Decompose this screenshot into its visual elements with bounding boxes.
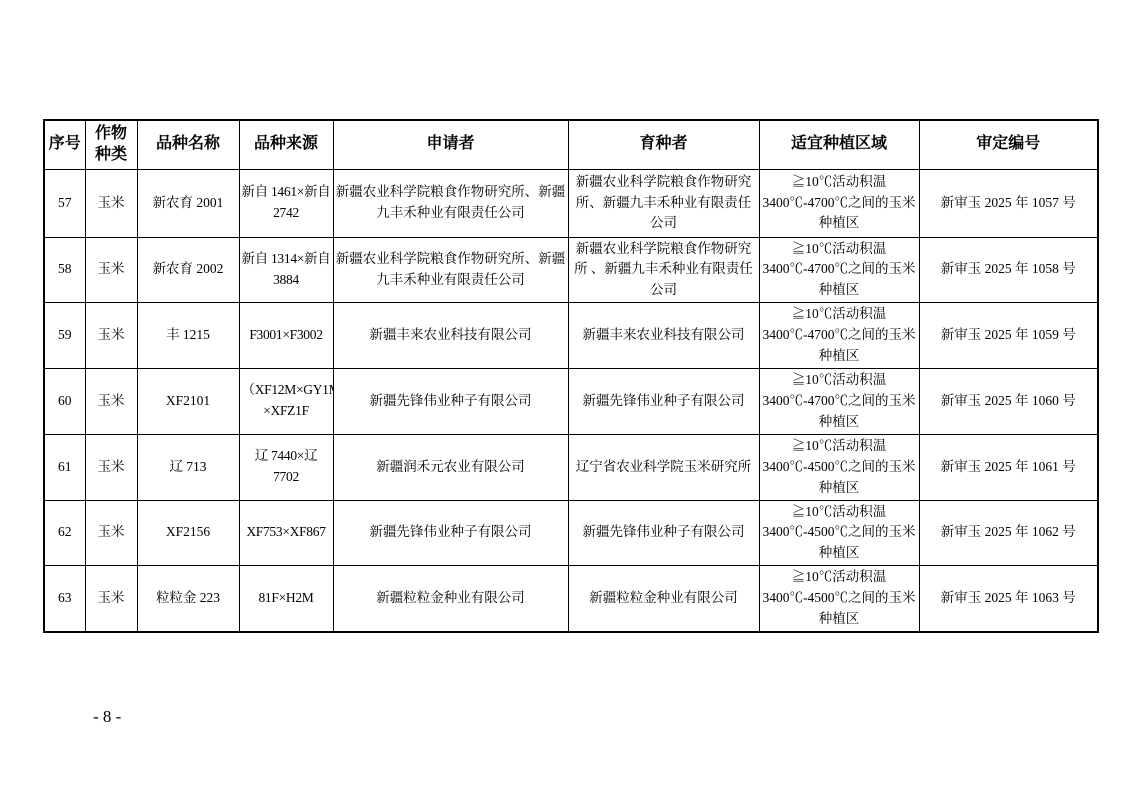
cell-crop: 玉米 bbox=[85, 237, 137, 303]
cell-applicant: 新疆丰来农业科技有限公司 bbox=[333, 303, 568, 369]
cell-variety-source: 81F×H2M bbox=[239, 566, 333, 632]
cell-applicant: 新疆粒粒金种业有限公司 bbox=[333, 566, 568, 632]
cell-variety-source: XF753×XF867 bbox=[239, 500, 333, 566]
cell-approval-number: 新审玉 2025 年 1058 号 bbox=[919, 237, 1098, 303]
cell-region: ≧10℃活动积温 3400℃-4700℃之间的玉米种植区 bbox=[759, 303, 919, 369]
table-row: 60 玉米 XF2101 （XF12M×GY1M）×XFZ1F 新疆先锋伟业种子… bbox=[44, 369, 1098, 435]
cell-approval-number: 新审玉 2025 年 1062 号 bbox=[919, 500, 1098, 566]
cell-seq: 59 bbox=[44, 303, 85, 369]
variety-approval-table: 序号 作物 种类 品种名称 品种来源 申请者 育种者 适宜种植区域 审定编号 5… bbox=[43, 119, 1099, 633]
cell-variety-name: 丰 1215 bbox=[137, 303, 239, 369]
cell-applicant: 新疆农业科学院粮食作物研究所、新疆九丰禾种业有限责任公司 bbox=[333, 237, 568, 303]
col-header-seq: 序号 bbox=[44, 120, 85, 169]
cell-seq: 61 bbox=[44, 434, 85, 500]
cell-crop: 玉米 bbox=[85, 169, 137, 237]
cell-variety-source: 新自 1461×新自 2742 bbox=[239, 169, 333, 237]
cell-region: ≧10℃活动积温 3400℃-4500℃之间的玉米种植区 bbox=[759, 566, 919, 632]
table-row: 62 玉米 XF2156 XF753×XF867 新疆先锋伟业种子有限公司 新疆… bbox=[44, 500, 1098, 566]
col-header-variety-source: 品种来源 bbox=[239, 120, 333, 169]
cell-seq: 57 bbox=[44, 169, 85, 237]
cell-variety-name: 辽 713 bbox=[137, 434, 239, 500]
cell-applicant: 新疆润禾元农业有限公司 bbox=[333, 434, 568, 500]
col-header-applicant: 申请者 bbox=[333, 120, 568, 169]
cell-region: ≧10℃活动积温 3400℃-4700℃之间的玉米种植区 bbox=[759, 169, 919, 237]
cell-seq: 62 bbox=[44, 500, 85, 566]
cell-seq: 60 bbox=[44, 369, 85, 435]
col-header-crop-type: 作物 种类 bbox=[85, 120, 137, 169]
cell-approval-number: 新审玉 2025 年 1060 号 bbox=[919, 369, 1098, 435]
cell-variety-name: XF2101 bbox=[137, 369, 239, 435]
cell-crop: 玉米 bbox=[85, 500, 137, 566]
cell-breeder: 辽宁省农业科学院玉米研究所 bbox=[568, 434, 759, 500]
table-header-row: 序号 作物 种类 品种名称 品种来源 申请者 育种者 适宜种植区域 审定编号 bbox=[44, 120, 1098, 169]
col-header-breeder: 育种者 bbox=[568, 120, 759, 169]
table-row: 63 玉米 粒粒金 223 81F×H2M 新疆粒粒金种业有限公司 新疆粒粒金种… bbox=[44, 566, 1098, 632]
cell-region: ≧10℃活动积温 3400℃-4500℃之间的玉米种植区 bbox=[759, 500, 919, 566]
cell-variety-source: （XF12M×GY1M）×XFZ1F bbox=[239, 369, 333, 435]
cell-variety-name: 新农育 2002 bbox=[137, 237, 239, 303]
cell-variety-source: 新自 1314×新自 3884 bbox=[239, 237, 333, 303]
table-row: 57 玉米 新农育 2001 新自 1461×新自 2742 新疆农业科学院粮食… bbox=[44, 169, 1098, 237]
cell-variety-name: 新农育 2001 bbox=[137, 169, 239, 237]
cell-breeder: 新疆农业科学院粮食作物研究所、新疆九丰禾种业有限责任公司 bbox=[568, 169, 759, 237]
cell-variety-name: XF2156 bbox=[137, 500, 239, 566]
cell-crop: 玉米 bbox=[85, 303, 137, 369]
col-header-suitable-region: 适宜种植区域 bbox=[759, 120, 919, 169]
document-page: 序号 作物 种类 品种名称 品种来源 申请者 育种者 适宜种植区域 审定编号 5… bbox=[0, 0, 1122, 793]
cell-breeder: 新疆农业科学院粮食作物研究所 、新疆九丰禾种业有限责任公司 bbox=[568, 237, 759, 303]
table-row: 58 玉米 新农育 2002 新自 1314×新自 3884 新疆农业科学院粮食… bbox=[44, 237, 1098, 303]
cell-breeder: 新疆先锋伟业种子有限公司 bbox=[568, 369, 759, 435]
cell-approval-number: 新审玉 2025 年 1057 号 bbox=[919, 169, 1098, 237]
table-row: 59 玉米 丰 1215 F3001×F3002 新疆丰来农业科技有限公司 新疆… bbox=[44, 303, 1098, 369]
cell-seq: 58 bbox=[44, 237, 85, 303]
cell-crop: 玉米 bbox=[85, 566, 137, 632]
cell-applicant: 新疆农业科学院粮食作物研究所、新疆九丰禾种业有限责任公司 bbox=[333, 169, 568, 237]
cell-seq: 63 bbox=[44, 566, 85, 632]
cell-crop: 玉米 bbox=[85, 369, 137, 435]
cell-approval-number: 新审玉 2025 年 1063 号 bbox=[919, 566, 1098, 632]
cell-variety-source: F3001×F3002 bbox=[239, 303, 333, 369]
col-header-variety-name: 品种名称 bbox=[137, 120, 239, 169]
cell-variety-source: 辽 7440×辽 7702 bbox=[239, 434, 333, 500]
cell-region: ≧10℃活动积温 3400℃-4700℃之间的玉米种植区 bbox=[759, 237, 919, 303]
cell-applicant: 新疆先锋伟业种子有限公司 bbox=[333, 500, 568, 566]
table-row: 61 玉米 辽 713 辽 7440×辽 7702 新疆润禾元农业有限公司 辽宁… bbox=[44, 434, 1098, 500]
cell-approval-number: 新审玉 2025 年 1059 号 bbox=[919, 303, 1098, 369]
cell-breeder: 新疆先锋伟业种子有限公司 bbox=[568, 500, 759, 566]
cell-breeder: 新疆丰来农业科技有限公司 bbox=[568, 303, 759, 369]
page-number: - 8 - bbox=[93, 707, 121, 727]
cell-crop: 玉米 bbox=[85, 434, 137, 500]
cell-approval-number: 新审玉 2025 年 1061 号 bbox=[919, 434, 1098, 500]
cell-variety-name: 粒粒金 223 bbox=[137, 566, 239, 632]
cell-region: ≧10℃活动积温 3400℃-4700℃之间的玉米种植区 bbox=[759, 369, 919, 435]
cell-applicant: 新疆先锋伟业种子有限公司 bbox=[333, 369, 568, 435]
cell-breeder: 新疆粒粒金种业有限公司 bbox=[568, 566, 759, 632]
col-header-approval-number: 审定编号 bbox=[919, 120, 1098, 169]
cell-region: ≧10℃活动积温 3400℃-4500℃之间的玉米种植区 bbox=[759, 434, 919, 500]
